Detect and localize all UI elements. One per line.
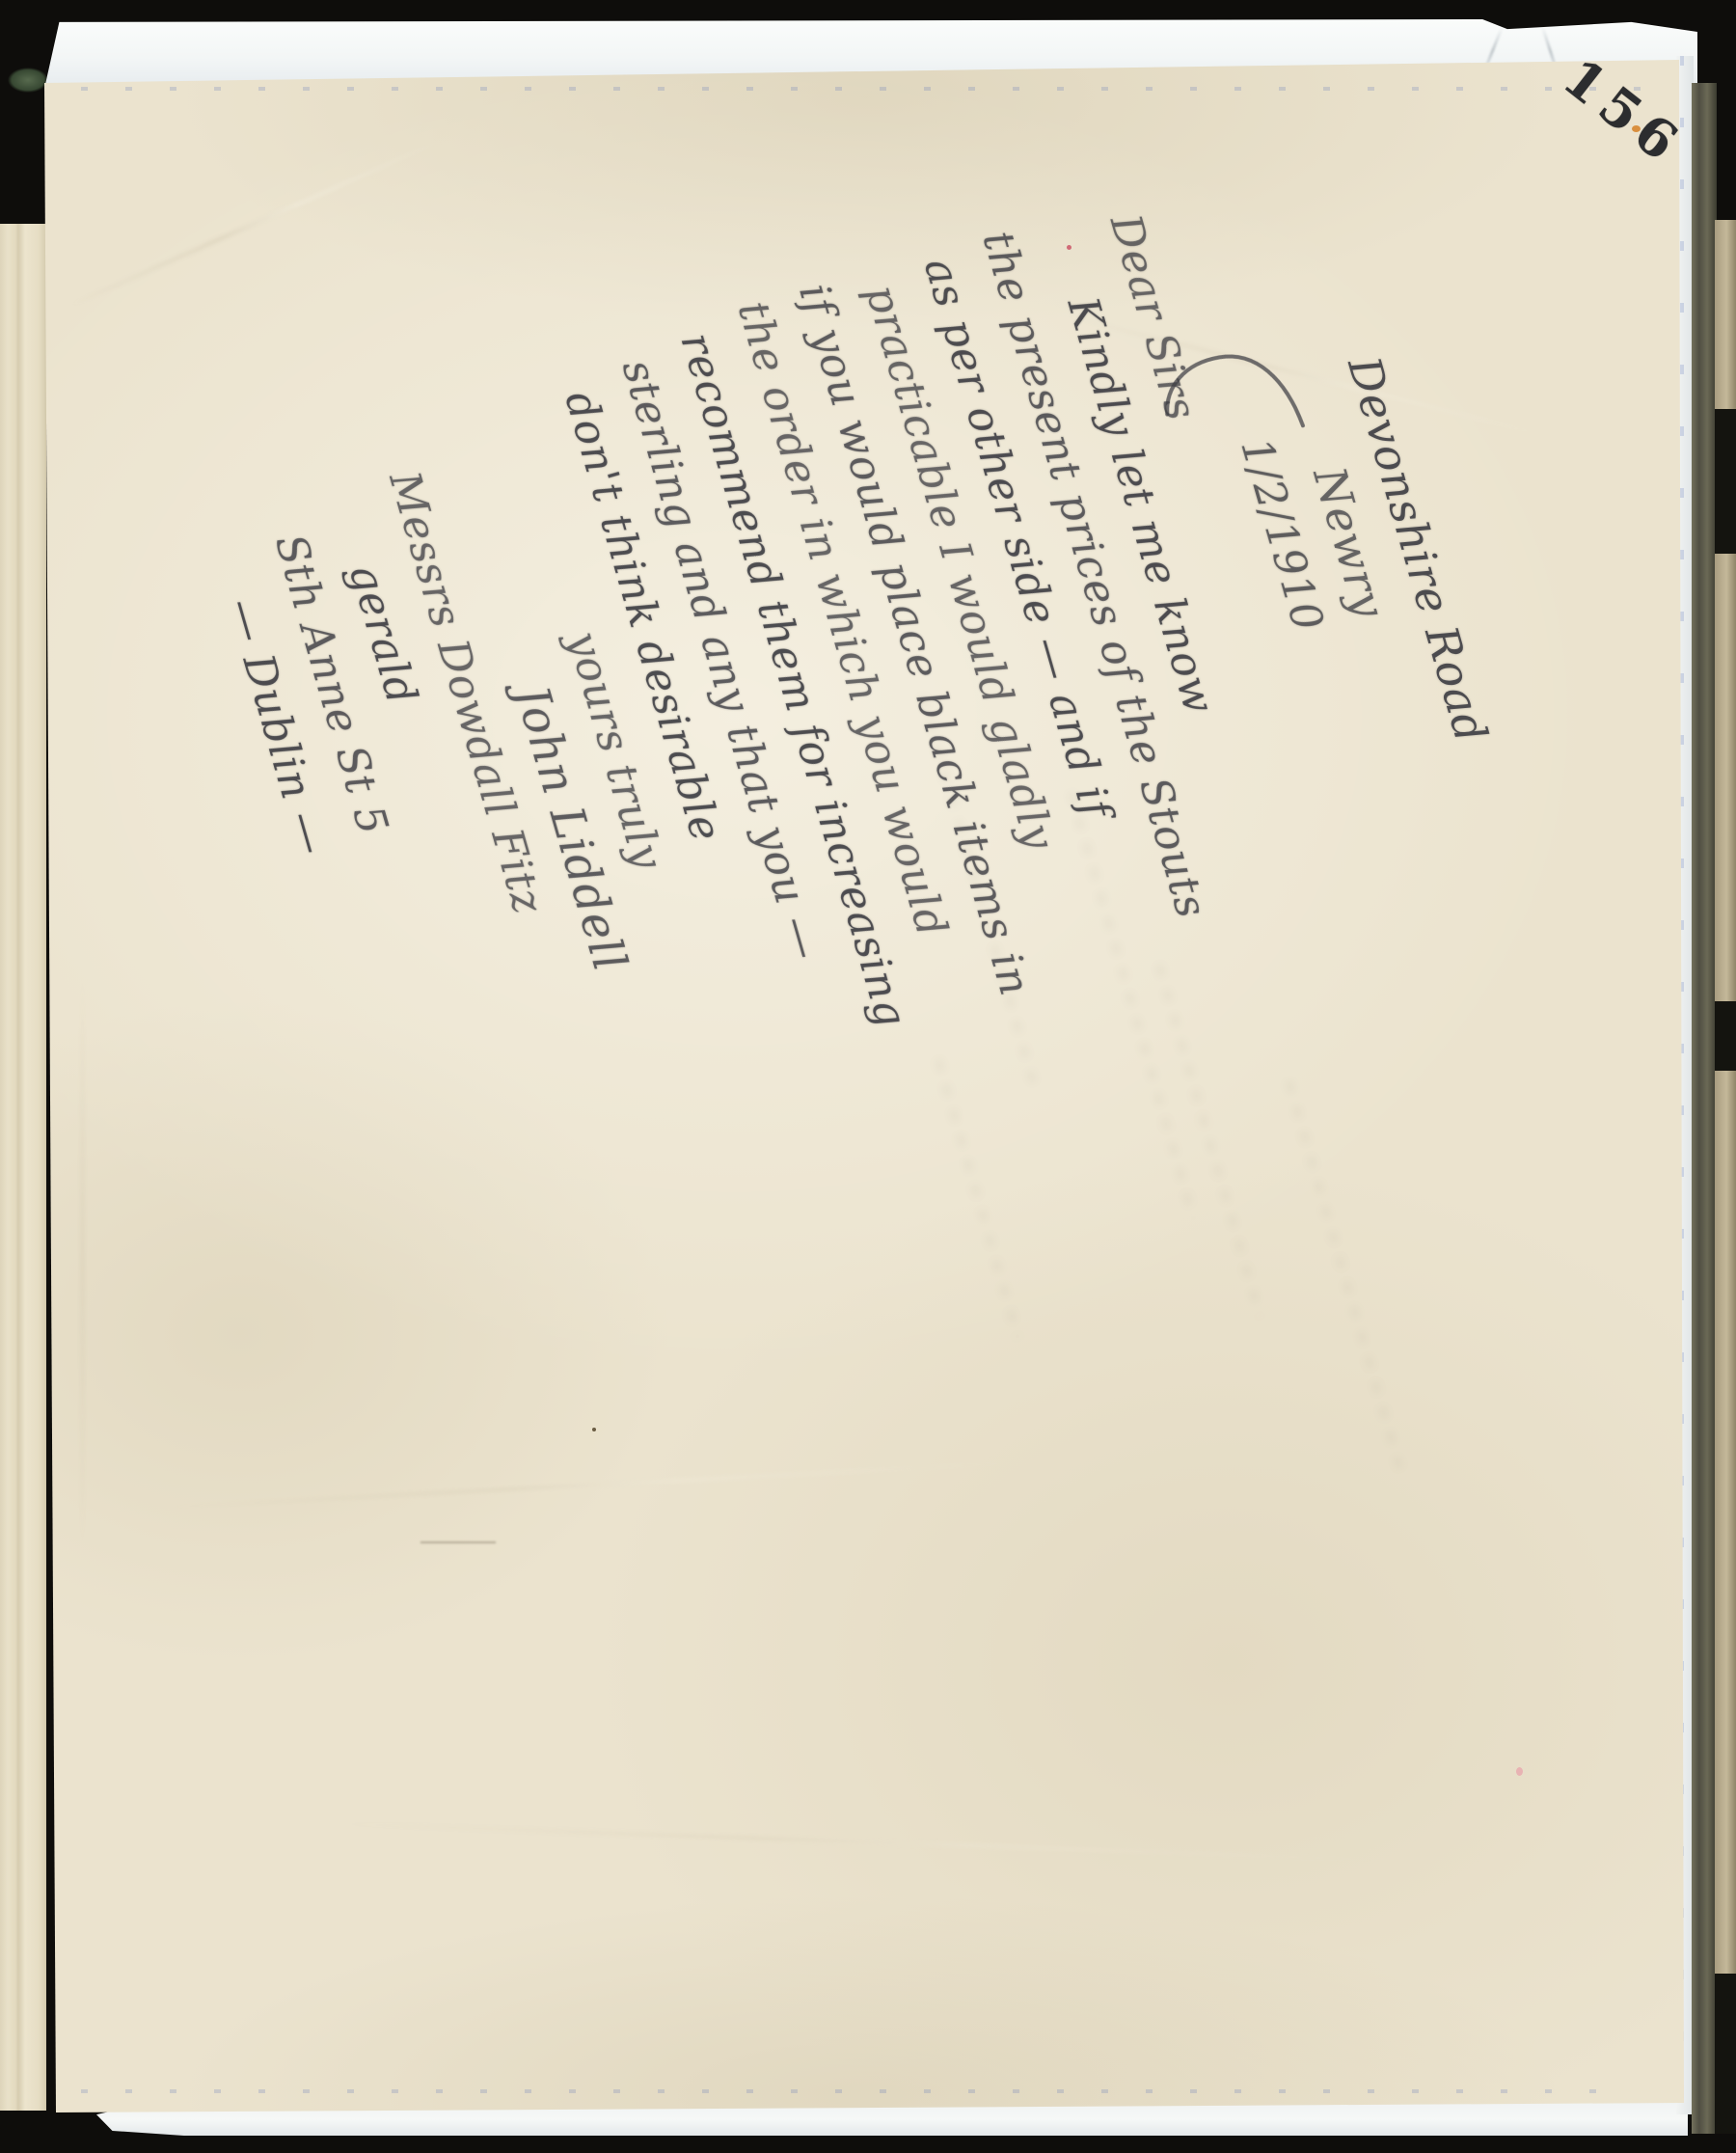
ruled-edge-dots: [81, 87, 1643, 91]
page-stack-gap: [1715, 1001, 1736, 1071]
book-scan: 156 Devonshire Road Newry 1/2/1910 Dear …: [0, 0, 1736, 2153]
paper-crease: [159, 1460, 1026, 1509]
book-gutter-edge: [0, 224, 46, 2111]
page-stack-edge: [1692, 83, 1717, 2134]
page-number-stamp: 156: [1552, 46, 1696, 177]
paper-speck: [1516, 1767, 1523, 1776]
paper-crease: [81, 972, 84, 1551]
ink-bleedthrough: [1285, 1079, 1404, 1471]
paper-crease: [69, 136, 449, 308]
book-cover-edge: [8, 68, 48, 93]
page-stack-gap: [1715, 409, 1736, 554]
pencil-mark: [420, 1541, 496, 1543]
paper-crease: [332, 1822, 1392, 1862]
letter-text-block: Devonshire Road Newry 1/2/1910 Dear Sirs…: [170, 136, 1566, 1286]
letter-page: 156 Devonshire Road Newry 1/2/1910 Dear …: [42, 56, 1690, 2116]
page-stack-gap: [1715, 1974, 1736, 2134]
ruled-edge-dots: [81, 2089, 1624, 2093]
paper-speck: [592, 1428, 596, 1431]
